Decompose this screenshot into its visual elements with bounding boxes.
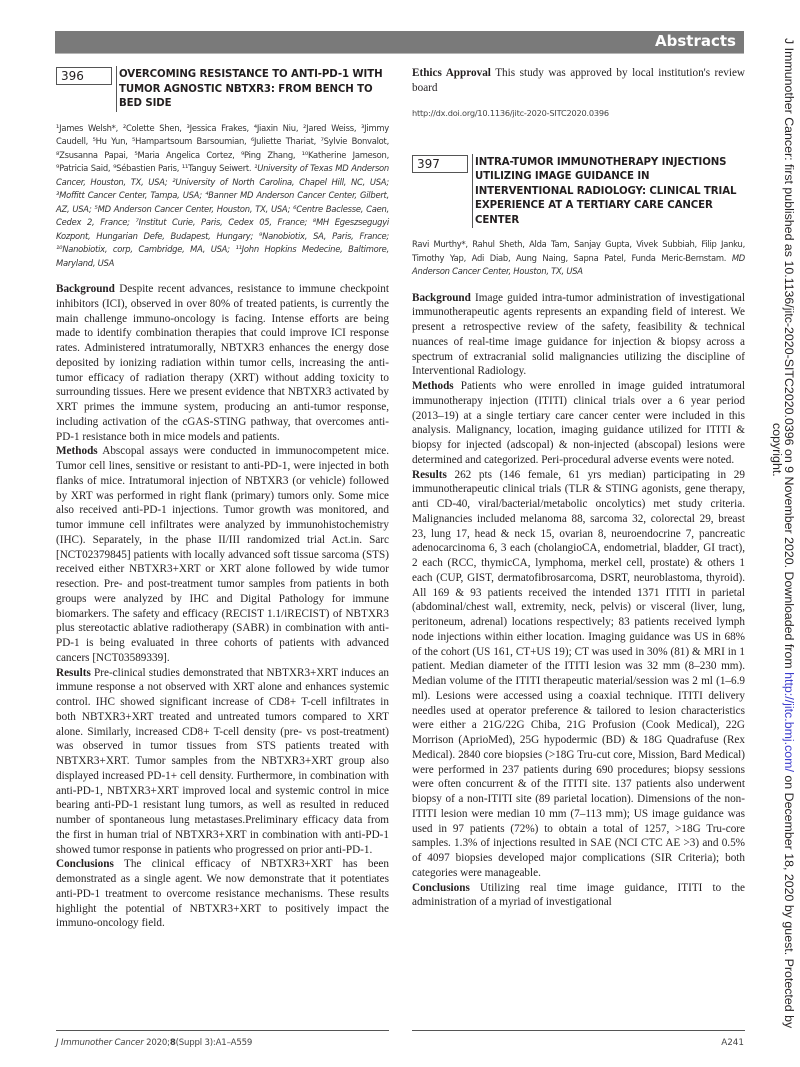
- background-label: Background: [56, 283, 115, 295]
- conclusions-paragraph: Conclusions Utilizing real time image gu…: [412, 881, 745, 911]
- left-column: 396 OVERCOMING RESISTANCE TO ANTI-PD-1 W…: [56, 66, 389, 931]
- methods-text: Abscopal assays were conducted in immuno…: [56, 445, 389, 664]
- background-text: Despite recent advances, resistance to i…: [56, 283, 389, 443]
- conclusions-paragraph: Conclusions The clinical efficacy of NBT…: [56, 857, 389, 931]
- ethics-paragraph: Ethics Approval This study was approved …: [412, 66, 745, 96]
- methods-paragraph: Methods Patients who were enrolled in im…: [412, 379, 745, 468]
- footer-divider-right: [412, 1030, 745, 1031]
- results-label: Results: [56, 667, 91, 679]
- section-title: Abstracts: [655, 32, 736, 50]
- background-text: Image guided intra-tumor administration …: [412, 292, 745, 378]
- section-header-bar: Abstracts: [55, 31, 744, 54]
- author-list: ¹James Welsh*, ²Colette Shen, ³Jessica F…: [56, 122, 389, 271]
- citation-year: 2020;: [144, 1038, 170, 1048]
- results-text: 262 pts (146 female, 61 yrs median) part…: [412, 469, 745, 879]
- download-notice: J Immunother Cancer: first published as …: [765, 38, 795, 1038]
- citation-pages: (Suppl 3):A1–A559: [176, 1038, 253, 1048]
- journal-name: J Immunother Cancer: [56, 1038, 144, 1048]
- conclusions-label: Conclusions: [412, 882, 470, 894]
- journal-citation: J Immunother Cancer 2020;8(Suppl 3):A1–A…: [56, 1038, 252, 1048]
- methods-text: Patients who were enrolled in image guid…: [412, 380, 745, 466]
- abstract-title: INTRA-TUMOR IMMUNOTHERAPY INJECTIONS UTI…: [472, 154, 745, 229]
- ethics-label: Ethics Approval: [412, 67, 491, 79]
- download-notice-text-2: on December 18, 2020 by guest. Protected…: [782, 772, 796, 1028]
- abstract-number-box: 396: [56, 67, 112, 85]
- abstract-396-heading: 396 OVERCOMING RESISTANCE TO ANTI-PD-1 W…: [56, 66, 389, 112]
- results-label: Results: [412, 469, 447, 481]
- background-label: Background: [412, 292, 471, 304]
- background-paragraph: Background Despite recent advances, resi…: [56, 282, 389, 444]
- journal-site-link[interactable]: http://jitc.bmj.com/: [782, 672, 796, 772]
- results-text: Pre-clinical studies demonstrated that N…: [56, 667, 389, 856]
- abstract-title: OVERCOMING RESISTANCE TO ANTI-PD-1 WITH …: [116, 66, 389, 112]
- page-number: A241: [721, 1038, 744, 1048]
- methods-paragraph: Methods Abscopal assays were conducted i…: [56, 444, 389, 665]
- methods-label: Methods: [412, 380, 454, 392]
- background-paragraph: Background Image guided intra-tumor admi…: [412, 291, 745, 380]
- right-column: Ethics Approval This study was approved …: [412, 66, 745, 910]
- doi-link[interactable]: http://dx.doi.org/10.1136/jitc-2020-SITC…: [412, 108, 745, 118]
- affiliations: ¹University of Texas MD Anderson Cancer,…: [56, 163, 389, 268]
- methods-label: Methods: [56, 445, 98, 457]
- authors: Ravi Murthy*, Rahul Sheth, Alda Tam, San…: [412, 239, 745, 263]
- abstract-397-heading: 397 INTRA-TUMOR IMMUNOTHERAPY INJECTIONS…: [412, 154, 745, 229]
- results-paragraph: Results Pre-clinical studies demonstrate…: [56, 666, 389, 858]
- footer-divider-left: [56, 1030, 389, 1031]
- author-list: Ravi Murthy*, Rahul Sheth, Alda Tam, San…: [412, 238, 745, 279]
- conclusions-label: Conclusions: [56, 858, 114, 870]
- results-paragraph: Results 262 pts (146 female, 61 yrs medi…: [412, 468, 745, 881]
- abstract-number-box: 397: [412, 155, 468, 173]
- download-notice-text: J Immunother Cancer: first published as …: [782, 38, 796, 672]
